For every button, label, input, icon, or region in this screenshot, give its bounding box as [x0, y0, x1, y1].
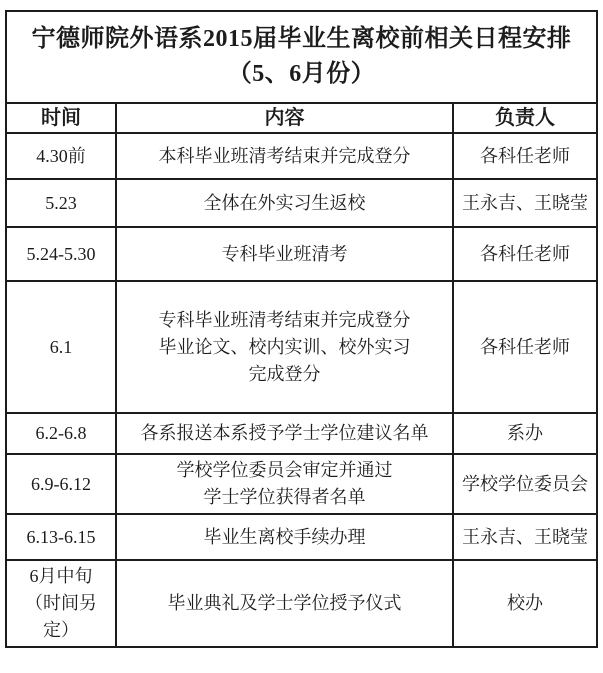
content-cell: 本科毕业班清考结束并完成登分 [116, 133, 453, 179]
content-cell: 各系报送本系授予学士学位建议名单 [116, 413, 453, 454]
owner-cell: 各科任老师 [453, 281, 597, 413]
time-cell: 4.30前 [6, 133, 116, 179]
content-cell: 专科毕业班清考结束并完成登分 毕业论文、校内实训、校外实习 完成登分 [116, 281, 453, 413]
table-row: 6.1 专科毕业班清考结束并完成登分 毕业论文、校内实训、校外实习 完成登分 各… [6, 281, 597, 413]
header-owner: 负责人 [453, 103, 597, 133]
table-row: 5.24-5.30 专科毕业班清考 各科任老师 [6, 227, 597, 281]
content-cell: 毕业典礼及学士学位授予仪式 [116, 560, 453, 647]
header-time: 时间 [6, 103, 116, 133]
table-row: 6月中旬 （时间另 定） 毕业典礼及学士学位授予仪式 校办 [6, 560, 597, 647]
document-page: 宁德师院外语系2015届毕业生离校前相关日程安排 （5、6月份） 时间 内容 负… [0, 0, 603, 673]
owner-cell: 校办 [453, 560, 597, 647]
page-title: 宁德师院外语系2015届毕业生离校前相关日程安排 （5、6月份） [6, 11, 597, 103]
table-header-row: 时间 内容 负责人 [6, 103, 597, 133]
schedule-table: 宁德师院外语系2015届毕业生离校前相关日程安排 （5、6月份） 时间 内容 负… [5, 10, 598, 648]
title-row: 宁德师院外语系2015届毕业生离校前相关日程安排 （5、6月份） [6, 11, 597, 103]
owner-cell: 王永吉、王晓莹 [453, 514, 597, 560]
owner-cell: 系办 [453, 413, 597, 454]
content-cell: 毕业生离校手续办理 [116, 514, 453, 560]
owner-cell: 各科任老师 [453, 227, 597, 281]
header-content: 内容 [116, 103, 453, 133]
time-cell: 5.24-5.30 [6, 227, 116, 281]
time-cell: 6.13-6.15 [6, 514, 116, 560]
owner-cell: 王永吉、王晓莹 [453, 179, 597, 227]
table-row: 6.13-6.15 毕业生离校手续办理 王永吉、王晓莹 [6, 514, 597, 560]
time-cell: 5.23 [6, 179, 116, 227]
table-row: 6.2-6.8 各系报送本系授予学士学位建议名单 系办 [6, 413, 597, 454]
table-row: 4.30前 本科毕业班清考结束并完成登分 各科任老师 [6, 133, 597, 179]
time-cell: 6.9-6.12 [6, 454, 116, 514]
time-cell: 6月中旬 （时间另 定） [6, 560, 116, 647]
content-cell: 专科毕业班清考 [116, 227, 453, 281]
owner-cell: 学校学位委员会 [453, 454, 597, 514]
content-cell: 全体在外实习生返校 [116, 179, 453, 227]
time-cell: 6.1 [6, 281, 116, 413]
table-row: 5.23 全体在外实习生返校 王永吉、王晓莹 [6, 179, 597, 227]
content-cell: 学校学位委员会审定并通过 学士学位获得者名单 [116, 454, 453, 514]
time-cell: 6.2-6.8 [6, 413, 116, 454]
table-row: 6.9-6.12 学校学位委员会审定并通过 学士学位获得者名单 学校学位委员会 [6, 454, 597, 514]
owner-cell: 各科任老师 [453, 133, 597, 179]
